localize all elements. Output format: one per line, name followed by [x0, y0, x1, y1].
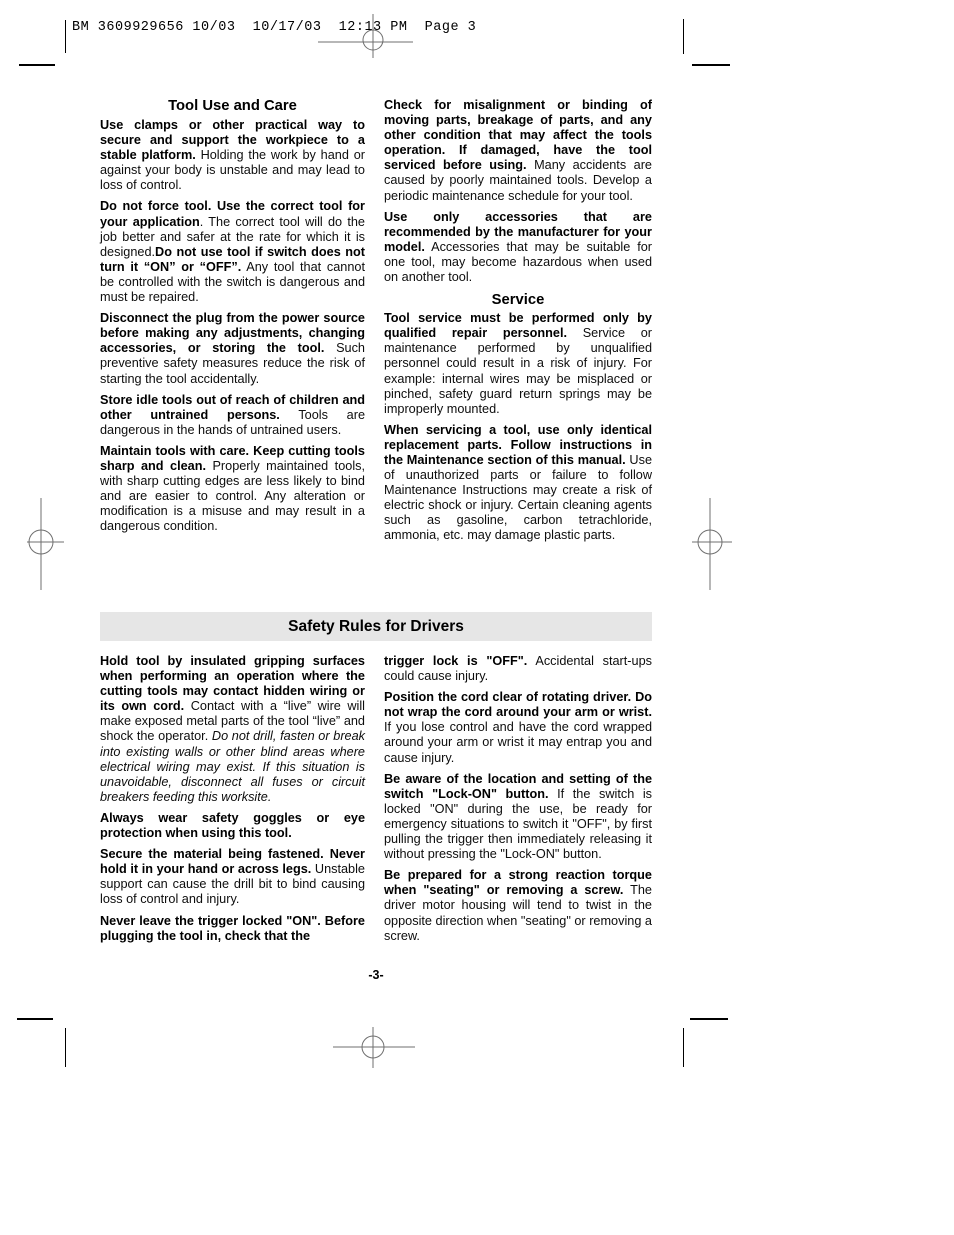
- right-column-paragraphs-top: Check for misalignment or binding of mov…: [384, 98, 652, 285]
- crop-mark-bottom-left-horizontal: [17, 1018, 53, 1020]
- right-column: trigger lock is "OFF". Accidental start-…: [384, 654, 652, 950]
- registration-crosshair-icon-right-middle: [687, 498, 733, 590]
- paragraph: When servicing a tool, use only identica…: [384, 423, 652, 544]
- registration-crosshair-icon-top-center: [318, 13, 413, 58]
- safety-rules-section: Hold tool by insulated gripping surfaces…: [100, 654, 652, 950]
- crop-mark-top-right-vertical: [683, 19, 684, 54]
- paragraph: Position the cord clear of rotating driv…: [384, 690, 652, 765]
- manual-page: { "page": { "slug": "BM 3609929656 10/03…: [0, 0, 954, 1235]
- tool-use-and-care-section: Tool Use and Care Use clamps or other pr…: [100, 98, 652, 550]
- safety-rules-banner-title: Safety Rules for Drivers: [288, 618, 464, 636]
- paragraph: Never leave the trigger locked "ON". Bef…: [100, 914, 365, 944]
- text-segment-bold: Position the cord clear of rotating driv…: [384, 690, 652, 719]
- tool-use-and-care-heading: Tool Use and Care: [100, 98, 365, 115]
- service-heading: Service: [384, 292, 652, 309]
- page-slug: BM 3609929656 10/03 10/17/03 12:13 PM Pa…: [72, 20, 476, 35]
- paragraph: Use only accessories that are recommende…: [384, 210, 652, 285]
- paragraph: Use clamps or other practical way to sec…: [100, 118, 365, 193]
- paragraph: Check for misalignment or binding of mov…: [384, 98, 652, 204]
- paragraph: Be aware of the location and setting of …: [384, 772, 652, 863]
- page-number: -3-: [100, 968, 652, 982]
- right-column-paragraphs: trigger lock is "OFF". Accidental start-…: [384, 654, 652, 944]
- left-column-paragraphs: Hold tool by insulated gripping surfaces…: [100, 654, 365, 944]
- text-segment-bold: trigger lock is "OFF".: [384, 654, 527, 668]
- paragraph: Hold tool by insulated gripping surfaces…: [100, 654, 365, 805]
- crop-mark-bottom-left-vertical: [65, 1028, 66, 1067]
- text-segment-bold: Always wear safety goggles or eye protec…: [100, 811, 365, 840]
- paragraph: Maintain tools with care. Keep cutting t…: [100, 444, 365, 535]
- paragraph: Do not force tool. Use the correct tool …: [100, 199, 365, 305]
- safety-rules-banner: Safety Rules for Drivers: [100, 612, 652, 641]
- crop-mark-bottom-right-horizontal: [690, 1018, 728, 1020]
- crop-mark-top-left-vertical: [65, 20, 66, 53]
- right-column: Check for misalignment or binding of mov…: [384, 98, 652, 550]
- paragraph: Disconnect the plug from the power sourc…: [100, 311, 365, 386]
- paragraph: Store idle tools out of reach of childre…: [100, 393, 365, 438]
- crop-mark-top-right-horizontal: [692, 64, 730, 66]
- text-segment-normal: If you lose control and have the cord wr…: [384, 720, 652, 764]
- paragraph: Always wear safety goggles or eye protec…: [100, 811, 365, 841]
- text-segment-bold: Be prepared for a strong reaction torque…: [384, 868, 652, 897]
- text-segment-bold: When servicing a tool, use only identica…: [384, 423, 652, 467]
- registration-crosshair-icon-bottom-center: [333, 1027, 415, 1068]
- left-column: Hold tool by insulated gripping surfaces…: [100, 654, 365, 950]
- registration-crosshair-icon-left-middle: [23, 498, 69, 590]
- left-column-paragraphs: Use clamps or other practical way to sec…: [100, 118, 365, 534]
- right-column-paragraphs-bottom: Tool service must be performed only by q…: [384, 311, 652, 543]
- paragraph: Be prepared for a strong reaction torque…: [384, 868, 652, 943]
- left-column: Tool Use and Care Use clamps or other pr…: [100, 98, 365, 550]
- text-segment-bold: Never leave the trigger locked "ON". Bef…: [100, 914, 365, 943]
- paragraph: Secure the material being fastened. Neve…: [100, 847, 365, 907]
- crop-mark-bottom-right-vertical: [683, 1028, 684, 1067]
- crop-mark-top-left-horizontal: [19, 64, 55, 66]
- paragraph: trigger lock is "OFF". Accidental start-…: [384, 654, 652, 684]
- paragraph: Tool service must be performed only by q…: [384, 311, 652, 417]
- text-segment-normal: Accessories that may be suitable for one…: [384, 240, 652, 284]
